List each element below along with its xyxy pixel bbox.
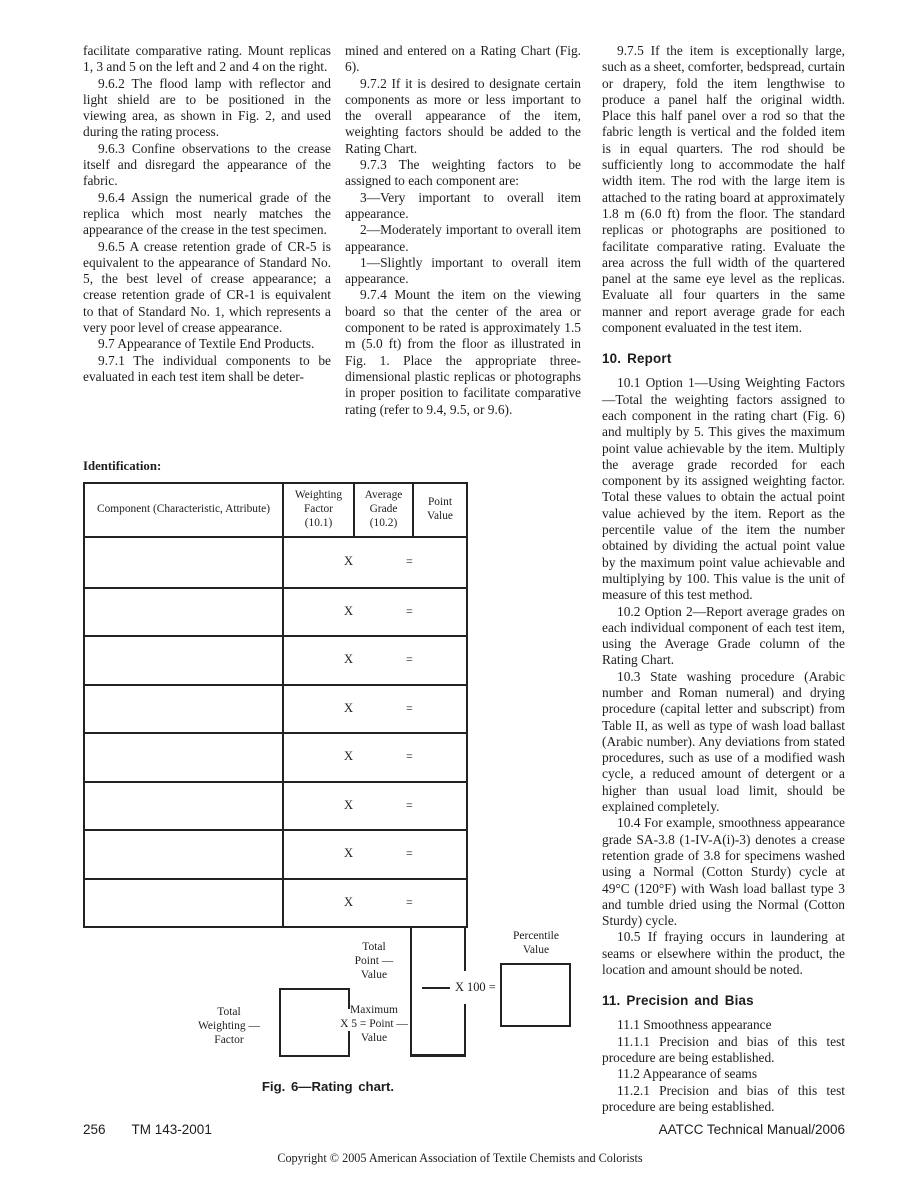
- document-number: TM 143-2001: [132, 1122, 212, 1137]
- document-page: facilitate comparative rating. Mount rep…: [0, 0, 920, 1191]
- paragraph: 11.1 Smoothness appearance: [602, 1017, 845, 1033]
- equals-sign: =: [406, 604, 413, 619]
- rating-row: X=: [85, 878, 466, 927]
- copyright-line: Copyright © 2005 American Association of…: [0, 1151, 920, 1166]
- equals-sign: =: [406, 554, 413, 569]
- box-edge: [279, 988, 350, 990]
- equals-sign: =: [406, 652, 413, 667]
- paragraph: 9.7.5 If the item is exceptionally large…: [602, 43, 845, 336]
- connector-line: [422, 987, 450, 989]
- figure-caption: Fig. 6—Rating chart.: [83, 1079, 573, 1094]
- paragraph: 10.3 State washing procedure (Arabic num…: [602, 669, 845, 816]
- paragraph: 9.6.2 The flood lamp with reflector and …: [83, 76, 331, 141]
- multiply-sign: X: [344, 604, 353, 619]
- equals-sign: =: [406, 846, 413, 861]
- multiply-sign: X: [344, 846, 353, 861]
- rating-row: X=: [85, 587, 466, 636]
- paragraph: 10.1 Option 1—Using Weighting Factors—To…: [602, 375, 845, 603]
- calc-cell: X=: [284, 686, 466, 733]
- text-column-1: facilitate comparative rating. Mount rep…: [83, 43, 331, 385]
- box-edge: [279, 1055, 350, 1057]
- rating-row: X=: [85, 684, 466, 733]
- maximum-point-value-label: Maximum X 5 = Point — Value: [334, 1003, 414, 1045]
- header-point-value: Point Value: [414, 484, 466, 536]
- paragraph: 11.2.1 Precision and bias of this test p…: [602, 1083, 845, 1116]
- calc-cell: X=: [284, 783, 466, 830]
- paragraph: mined and entered on a Rating Chart (Fig…: [345, 43, 581, 76]
- component-cell: [85, 637, 284, 684]
- paragraph: 9.7 Appearance of Textile End Products.: [83, 336, 331, 352]
- paragraph: 9.7.2 If it is desired to designate cert…: [345, 76, 581, 157]
- rating-row: X=: [85, 829, 466, 878]
- rating-row: X=: [85, 635, 466, 684]
- paragraph: 9.6.4 Assign the numerical grade of the …: [83, 190, 331, 239]
- rating-table-header-row: Component (Characteristic, Attribute) We…: [85, 484, 466, 538]
- footer-left: 256TM 143-2001: [83, 1122, 212, 1137]
- box-edge: [279, 988, 281, 1057]
- calc-cell: X=: [284, 831, 466, 878]
- calc-cell: X=: [284, 734, 466, 781]
- rating-row: X=: [85, 732, 466, 781]
- rating-row: X=: [85, 538, 466, 587]
- section-heading-report: 10. Report: [602, 351, 845, 366]
- text-column-3: 9.7.5 If the item is exceptionally large…: [602, 43, 845, 1115]
- section-heading-precision-and-bias: 11. Precision and Bias: [602, 993, 845, 1008]
- paragraph: 10.4 For example, smoothness appearance …: [602, 815, 845, 929]
- text-column-2: mined and entered on a Rating Chart (Fig…: [345, 43, 581, 418]
- component-cell: [85, 831, 284, 878]
- paragraph: 11.2 Appearance of seams: [602, 1066, 845, 1082]
- box-edge: [410, 1054, 466, 1057]
- box-edge: [464, 928, 466, 971]
- component-cell: [85, 734, 284, 781]
- component-cell: [85, 538, 284, 587]
- multiply-sign: X: [344, 798, 353, 813]
- header-weighting-factor: Weighting Factor (10.1): [284, 484, 355, 536]
- paragraph: 10.5 If fraying occurs in laundering at …: [602, 929, 845, 978]
- multiply-sign: X: [344, 749, 353, 764]
- paragraph: 3—Very important to overall item appeara…: [345, 190, 581, 223]
- multiply-sign: X: [344, 652, 353, 667]
- component-cell: [85, 589, 284, 636]
- multiply-sign: X: [344, 554, 353, 569]
- paragraph: 11.1.1 Precision and bias of this test p…: [602, 1034, 845, 1067]
- component-cell: [85, 783, 284, 830]
- paragraph: 9.6.3 Confine observations to the crease…: [83, 141, 331, 190]
- total-weighting-factor-label: Total Weighting — Factor: [190, 1005, 268, 1047]
- paragraph: 1—Slightly important to overall item app…: [345, 255, 581, 288]
- header-component: Component (Characteristic, Attribute): [85, 484, 284, 536]
- calc-cell: X=: [284, 589, 466, 636]
- equals-sign: =: [406, 798, 413, 813]
- paragraph: 9.7.4 Mount the item on the viewing boar…: [345, 287, 581, 417]
- equals-sign: =: [406, 701, 413, 716]
- paragraph: 9.6.5 A crease retention grade of CR-5 i…: [83, 239, 331, 337]
- manual-title: AATCC Technical Manual/2006: [659, 1122, 845, 1137]
- rating-row: X=: [85, 781, 466, 830]
- equals-sign: =: [406, 895, 413, 910]
- identification-label: Identification:: [83, 459, 161, 474]
- component-cell: [85, 880, 284, 927]
- paragraph: 9.7.1 The individual components to be ev…: [83, 353, 331, 386]
- multiply-sign: X: [344, 895, 353, 910]
- calc-cell: X=: [284, 538, 466, 587]
- total-point-value-label: Total Point — Value: [348, 940, 400, 982]
- rating-chart-table: Component (Characteristic, Attribute) We…: [83, 482, 468, 928]
- multiply-by-100-label: X 100 =: [455, 980, 496, 995]
- box-edge: [464, 1004, 466, 1056]
- paragraph: 9.7.3 The weighting factors to be assign…: [345, 157, 581, 190]
- multiply-sign: X: [344, 701, 353, 716]
- component-cell: [85, 686, 284, 733]
- header-average-grade: Average Grade (10.2): [355, 484, 414, 536]
- page-number: 256: [83, 1122, 106, 1137]
- calc-cell: X=: [284, 637, 466, 684]
- paragraph: 2—Moderately important to overall item a…: [345, 222, 581, 255]
- percentile-value-label: Percentile Value: [498, 929, 574, 957]
- paragraph: 10.2 Option 2—Report average grades on e…: [602, 604, 845, 669]
- percentile-value-box: [500, 963, 571, 1027]
- calc-cell: X=: [284, 880, 466, 927]
- paragraph: facilitate comparative rating. Mount rep…: [83, 43, 331, 76]
- equals-sign: =: [406, 749, 413, 764]
